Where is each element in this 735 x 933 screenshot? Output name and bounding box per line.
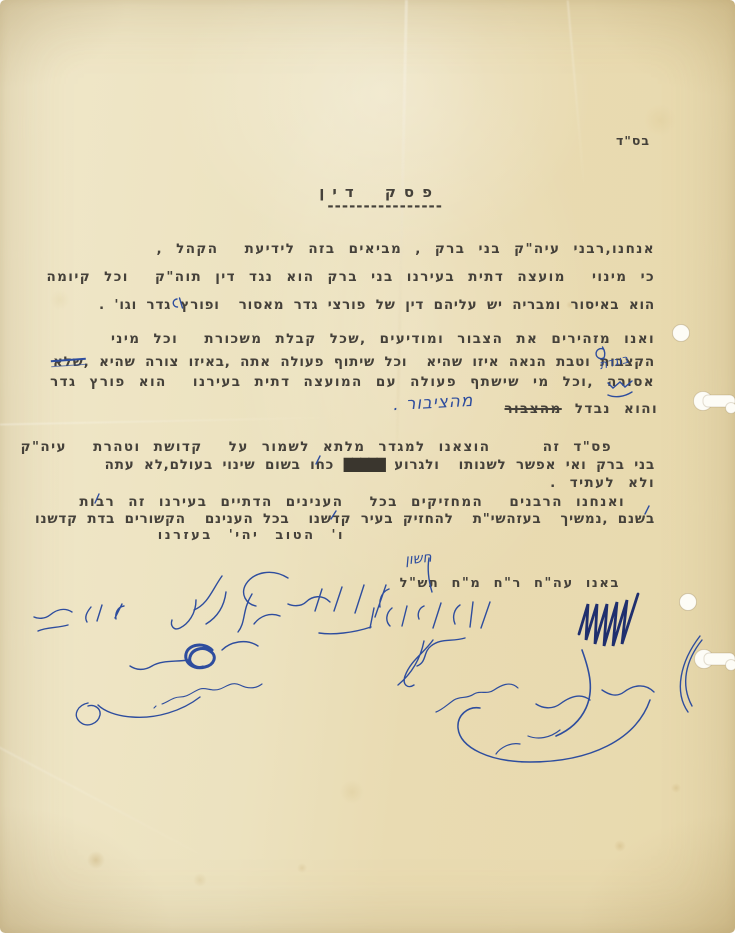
paragraph1-line3: הוא באיסור ומבריה יש עליהם דין של פורצי … [99,298,655,313]
paragraph4-line2: בשנם ,נמשיך בעזהשי"ת להחזיק בעיר קדשנו ב… [35,512,655,527]
closing-blessing: ו' הטוב יהי' בעזרנו [158,528,345,543]
paragraph4-line1: ואנחנו הרבנים המחזיקים בכל הענינים הדתיי… [79,495,625,510]
title-underline: ---------------- [327,199,443,214]
paragraph1-line1: אנחנו,רבני עיה"ק בני ברק , מביאים בזה לי… [157,242,655,257]
typed-struck-word: מהצבור [505,401,562,417]
handwritten-correction-mehatzibur: מהציבור . [392,391,473,415]
handwritten-insertion-cheshvan: חשון [405,550,433,569]
paragraph3-line2: בני ברק ואי אפשר לשנותו ולגרוע █████ כחו… [105,458,655,473]
separation-line: והוא נבדל מהצבור [505,402,659,417]
paragraph3-line2-a: בני ברק ואי אפשר לשנותו ולגרוע [385,457,655,473]
blue-struck-word: שלא [53,354,84,370]
paragraph3-line1: פס"ד זה הוצאנו למגדר מלתא לשמור על קדושת… [21,440,612,455]
paragraph1-line2: כי מינוי מועצה דתית בעירנו בני ברק הוא נ… [46,270,655,285]
paragraph2-line2-text: הקצבות וטבת הנאה איזו שהיא וכל שיתוף פעו… [84,354,655,370]
paragraph2-line3: אסורה ,וכל מי שישתף פעולה עם המועצה דתית… [50,375,655,390]
redacted-word: █████ [344,458,385,472]
separation-line-text: והוא נבדל [562,401,658,417]
paragraph2-line1: ואנו מזהירים את הצבור ומודיעים ,שכל קבלת… [111,332,655,347]
paragraph2-line2: הקצבות וטבת הנאה איזו שהיא וכל שיתוף פעו… [53,355,655,370]
bsd-header: בס"ד [616,133,650,148]
paragraph3-line2-b: כחו בשום שינוי בעולם,לא עתה [105,457,344,473]
scanned-document: בס"ד פסק דין ---------------- אנחנו,רבני… [0,0,735,933]
paragraph3-line3: ולא לעתיד . [550,476,655,491]
date-line: באנו עה"ח ר"ח מ"ח תש"ל [400,576,620,591]
